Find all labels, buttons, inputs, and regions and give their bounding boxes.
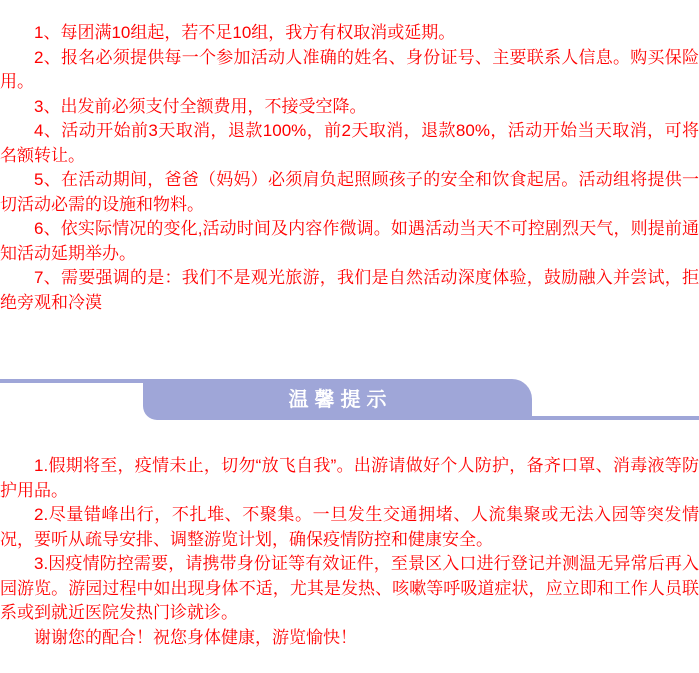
- banner-ribbon: 温馨提示: [143, 379, 532, 420]
- terms-paragraph-6: 6、依实际情况的变化,活动时间及内容作微调。如遇活动当天不可控剧烈天气，则提前通…: [0, 217, 699, 266]
- banner-left-line: [0, 379, 145, 383]
- tips-thanks-line: 谢谢您的配合！祝您身体健康，游览愉快！: [0, 626, 699, 651]
- terms-paragraph-5: 5、在活动期间，爸爸（妈妈）必须肩负起照顾孩子的安全和饮食起居。活动组将提供一切…: [0, 168, 699, 217]
- terms-paragraph-3: 3、出发前必须支付全额费用，不接受空降。: [0, 95, 699, 120]
- tips-paragraph-1: 1.假期将至，疫情未止，切勿“放飞自我”。出游请做好个人防护，备齐口罩、消毒液等…: [0, 454, 699, 503]
- activity-terms-section: 1、每团满10组起，若不足10组，我方有权取消或延期。 2、报名必须提供每一个参…: [0, 0, 699, 315]
- tips-banner: 温馨提示: [0, 379, 699, 420]
- notice-page: 1、每团满10组起，若不足10组，我方有权取消或延期。 2、报名必须提供每一个参…: [0, 0, 699, 673]
- terms-paragraph-1: 1、每团满10组起，若不足10组，我方有权取消或延期。: [0, 21, 699, 46]
- terms-paragraph-4: 4、活动开始前3天取消，退款100%，前2天取消，退款80%，活动开始当天取消，…: [0, 119, 699, 168]
- banner-right-line: [528, 416, 699, 420]
- terms-paragraph-2: 2、报名必须提供每一个参加活动人准确的姓名、身份证号、主要联系人信息。购买保险用…: [0, 46, 699, 95]
- warm-tips-section: 1.假期将至，疫情未止，切勿“放飞自我”。出游请做好个人防护，备齐口罩、消毒液等…: [0, 454, 699, 650]
- terms-paragraph-7: 7、需要强调的是：我们不是观光旅游，我们是自然活动深度体验，鼓励融入并尝试，拒绝…: [0, 266, 699, 315]
- tips-paragraph-3: 3.因疫情防控需要，请携带身份证等有效证件，至景区入口进行登记并测温无异常后再入…: [0, 552, 699, 626]
- tips-paragraph-2: 2.尽量错峰出行，不扎堆、不聚集。一旦发生交通拥堵、人流集聚或无法入园等突发情况…: [0, 503, 699, 552]
- banner-title: 温馨提示: [283, 390, 393, 410]
